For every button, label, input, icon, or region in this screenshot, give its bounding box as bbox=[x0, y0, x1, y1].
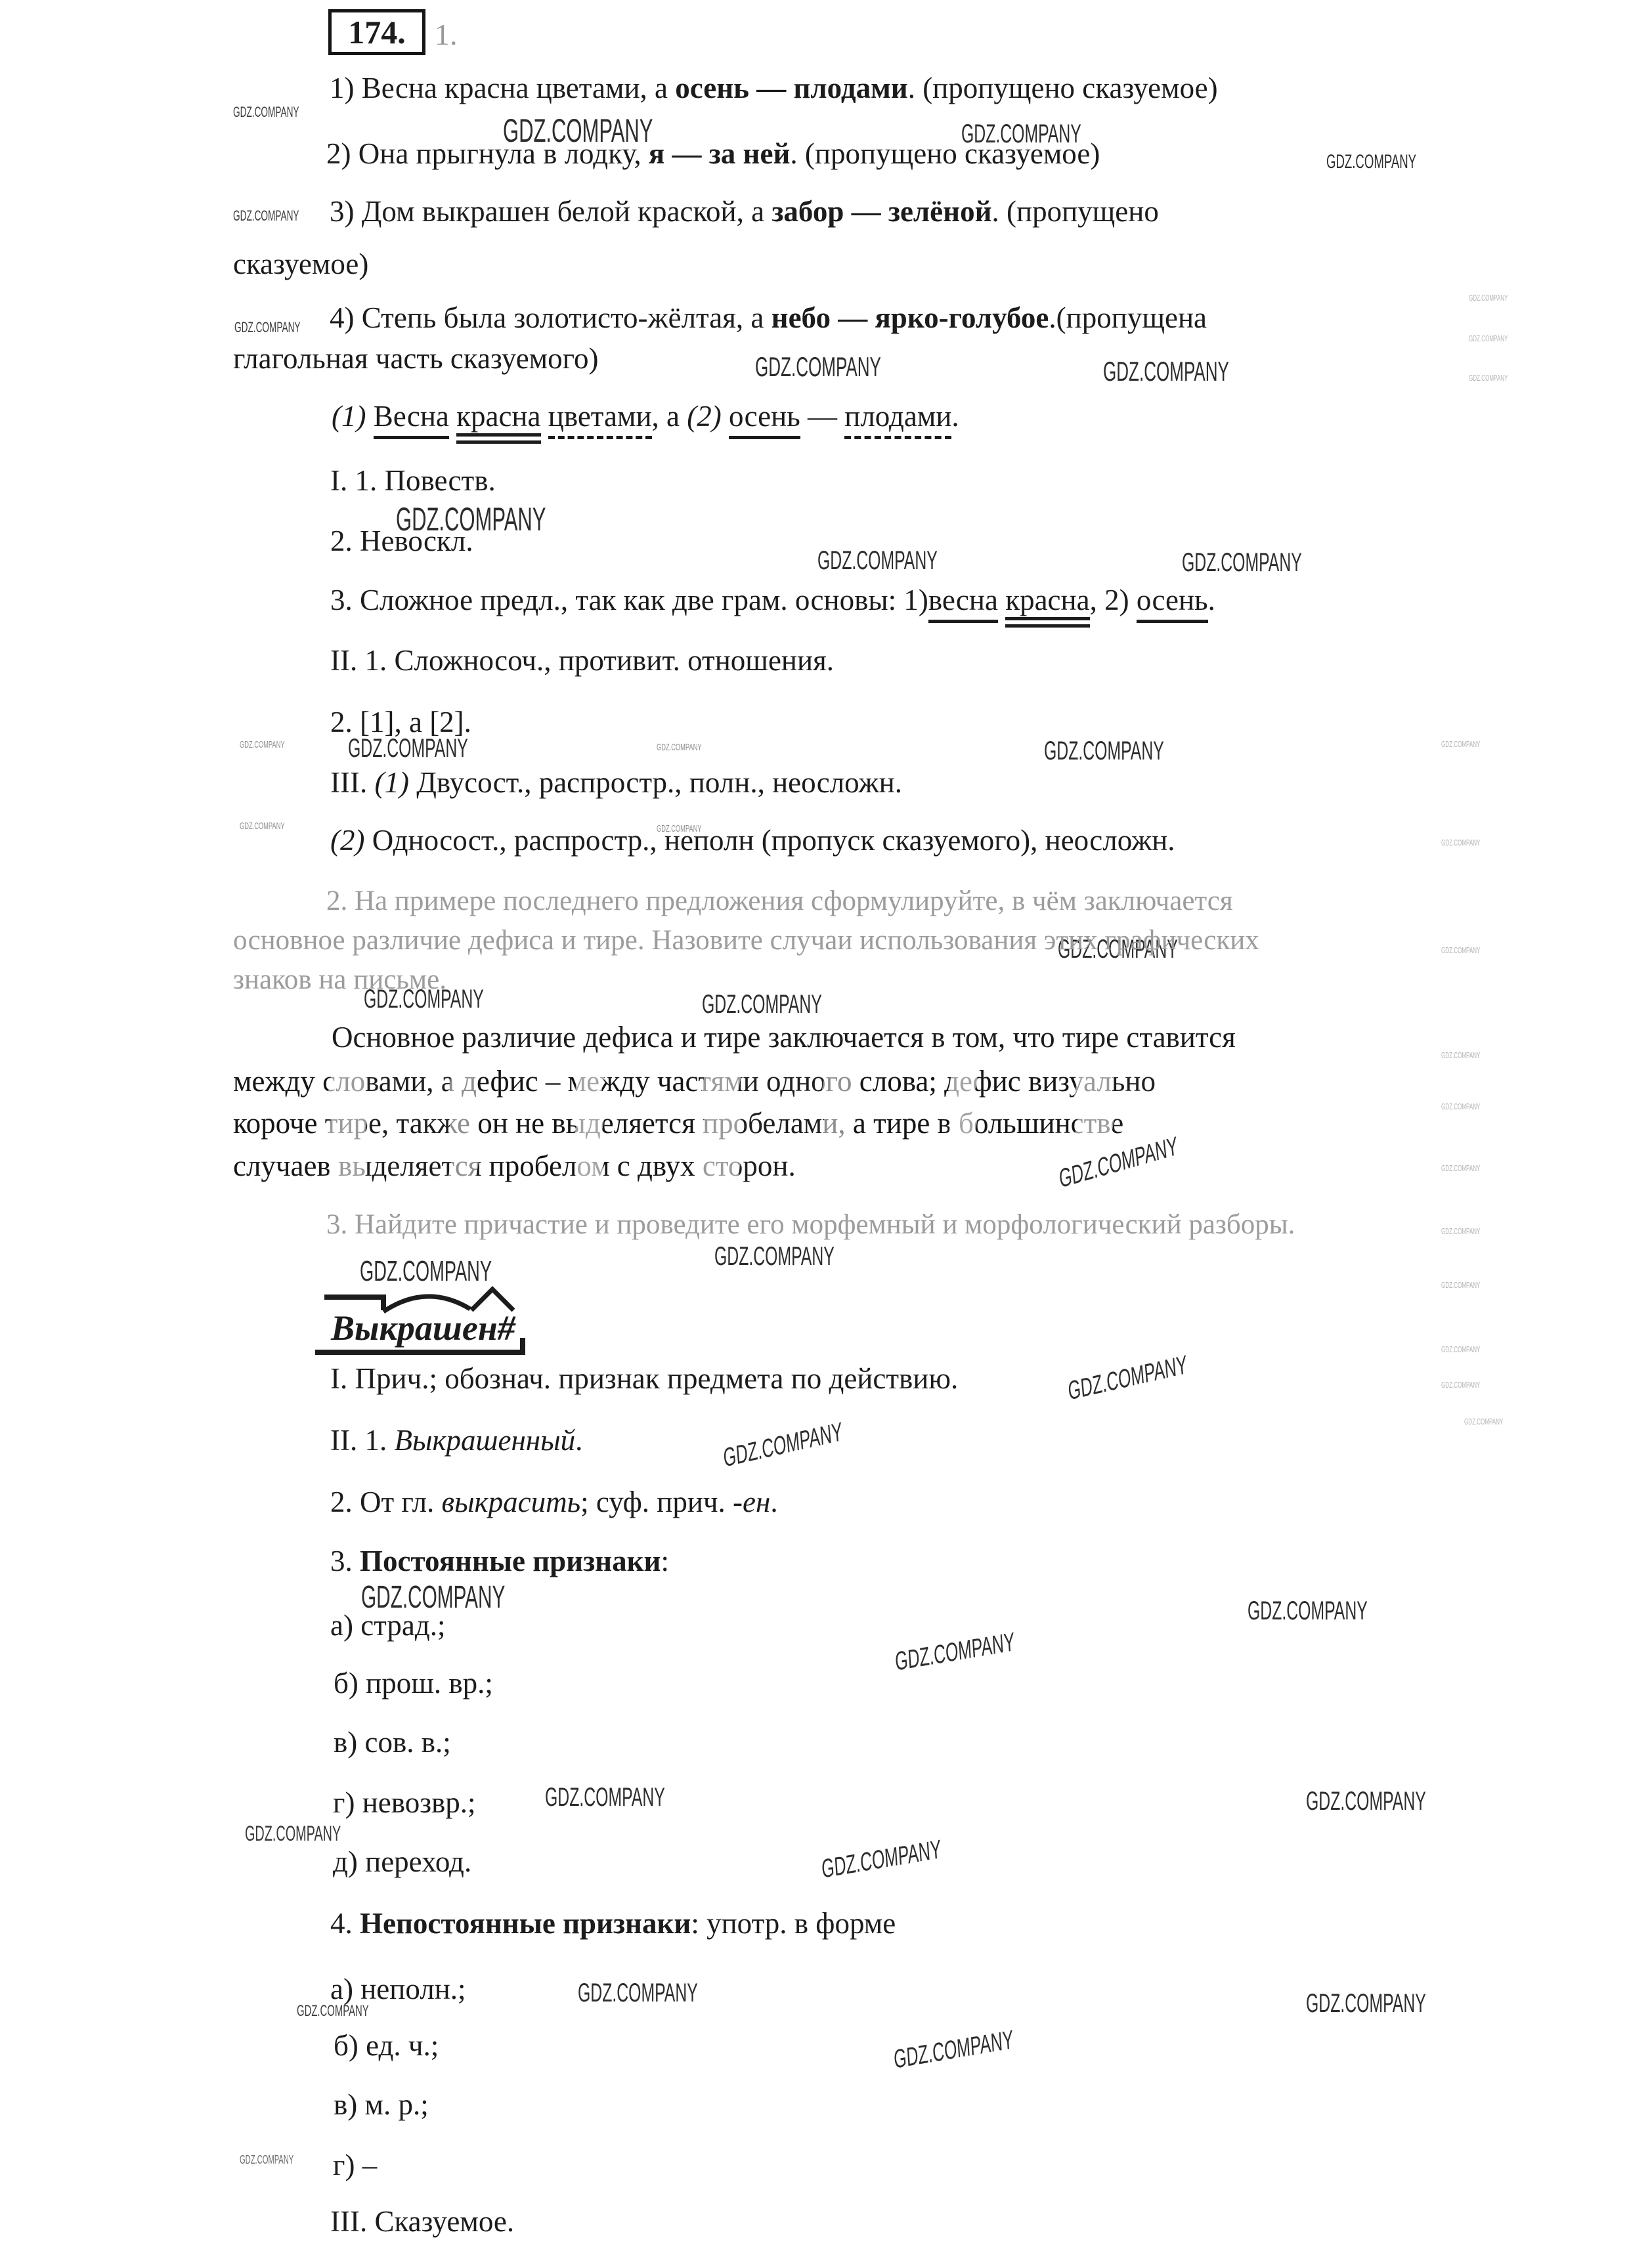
watermark: GDZ.COMPANY bbox=[1326, 151, 1416, 173]
object-underline: цветами bbox=[548, 400, 652, 439]
var-feature-g: г) – bbox=[333, 2148, 377, 2183]
watermark: GDZ.COMPANY bbox=[233, 207, 299, 225]
watermark: GDZ.COMPANY bbox=[894, 1627, 1016, 1677]
watermark: GDZ.COMPANY bbox=[702, 990, 822, 1019]
morph-I: I. Прич.; обознач. признак предмета по д… bbox=[330, 1361, 958, 1396]
watermark: GDZ.COMPANY bbox=[1182, 548, 1302, 578]
watermark: GDZ.COMPANY bbox=[1441, 1280, 1480, 1290]
watermark: GDZ.COMPANY bbox=[234, 319, 301, 336]
watermark: GDZ.COMPANY bbox=[817, 546, 938, 576]
watermark: GDZ.COMPANY bbox=[1441, 1050, 1480, 1060]
sentence-2: 2) Она прыгнула в лодку, я — за ней. (пр… bbox=[326, 137, 1100, 171]
watermark: GDZ.COMPANY bbox=[1469, 293, 1508, 303]
const-feature-d: д) переход. bbox=[333, 1845, 471, 1879]
sentence-1: 1) Весна красна цветами, а осень — плода… bbox=[330, 71, 1218, 106]
parsed-sentence: (1) Весна красна цветами, а (2) осень — … bbox=[332, 399, 959, 434]
task-3-line: 3. Найдите причастие и проведите его мор… bbox=[326, 1209, 1295, 1242]
var-feature-v: в) м. р.; bbox=[334, 2087, 429, 2122]
analysis-I-1: I. 1. Повеств. bbox=[330, 463, 496, 498]
watermark: GDZ.COMPANY bbox=[821, 1835, 942, 1885]
answer-2-line-2: между словами, а дефис – между частями о… bbox=[233, 1064, 1156, 1099]
watermark: GDZ.COMPANY bbox=[1103, 356, 1229, 387]
watermark: GDZ.COMPANY bbox=[755, 351, 881, 383]
watermark: GDZ.COMPANY bbox=[1464, 1417, 1503, 1426]
morpheme-parsed-word: Выкрашен# bbox=[314, 1281, 545, 1361]
predicate-underline: красна bbox=[456, 400, 540, 444]
watermark: GDZ.COMPANY bbox=[1441, 1102, 1480, 1111]
parsed-word: Выкрашен# bbox=[331, 1308, 515, 1348]
var-feature-b: б) ед. ч.; bbox=[334, 2028, 439, 2063]
task-2-line-1: 2. На примере последнего предложения сфо… bbox=[326, 885, 1233, 918]
zero-ending-mark: # bbox=[498, 1308, 515, 1348]
watermark: GDZ.COMPANY bbox=[1441, 1344, 1480, 1354]
analysis-III-2: (2) Односост., распростр., неполн (пропу… bbox=[330, 823, 1175, 858]
part-number: 1. bbox=[435, 17, 458, 52]
exercise-number: 174. bbox=[348, 13, 406, 51]
morph-4-heading: 4. Непостоянные признаки: употр. в форме bbox=[330, 1906, 896, 1941]
analysis-III-1: III. (1) Двусост., распростр., полн., не… bbox=[330, 765, 902, 800]
sentence-4-continuation: глагольная часть сказуемого) bbox=[233, 341, 598, 376]
answer-2-line-3: короче тире, также он не выделяется проб… bbox=[233, 1106, 1123, 1141]
clause-2-marker: (2) bbox=[687, 400, 729, 433]
var-feature-a: а) неполн.; bbox=[330, 1972, 466, 2007]
morph-3-heading: 3. Постоянные признаки: bbox=[330, 1544, 669, 1579]
sentence-1-bold: осень — плодами bbox=[675, 72, 907, 104]
morph-III: III. Сказуемое. bbox=[330, 2204, 514, 2239]
watermark: GDZ.COMPANY bbox=[1441, 739, 1480, 749]
word-stem: Выкрашен bbox=[331, 1308, 498, 1348]
analysis-I-3: 3. Сложное предл., так как две грам. осн… bbox=[330, 583, 1215, 618]
watermark: GDZ.COMPANY bbox=[578, 1979, 698, 2008]
watermark: GDZ.COMPANY bbox=[1441, 838, 1480, 847]
watermark: GDZ.COMPANY bbox=[1469, 373, 1508, 383]
watermark: GDZ.COMPANY bbox=[1441, 1380, 1480, 1390]
watermark: GDZ.COMPANY bbox=[245, 1822, 341, 1846]
watermark: GDZ.COMPANY bbox=[1248, 1596, 1368, 1626]
watermark: GDZ.COMPANY bbox=[240, 739, 285, 750]
exercise-number-box: 174. bbox=[328, 9, 425, 55]
watermark: GDZ.COMPANY bbox=[1306, 1989, 1426, 2019]
watermark: GDZ.COMPANY bbox=[1469, 333, 1508, 343]
analysis-II-1: II. 1. Сложносоч., противит. отношения. bbox=[330, 643, 834, 678]
watermark: GDZ.COMPANY bbox=[545, 1783, 665, 1812]
morph-II-2: 2. От гл. выкрасить; суф. прич. -ен. bbox=[330, 1485, 778, 1520]
sentence-3-continuation: сказуемое) bbox=[233, 247, 368, 282]
sentence-1-text: 1) Весна красна цветами, а bbox=[330, 72, 675, 104]
watermark: GDZ.COMPANY bbox=[1044, 737, 1164, 766]
clause-1-marker: (1) bbox=[332, 400, 374, 433]
watermark: GDZ.COMPANY bbox=[1441, 945, 1480, 955]
answer-2-line-1: Основное различие дефиса и тире заключае… bbox=[332, 1020, 1236, 1055]
const-feature-a: а) страд.; bbox=[330, 1608, 446, 1643]
watermark: GDZ.COMPANY bbox=[722, 1417, 844, 1474]
watermark: GDZ.COMPANY bbox=[1441, 1226, 1480, 1236]
watermark: GDZ.COMPANY bbox=[657, 742, 702, 753]
watermark: GDZ.COMPANY bbox=[240, 821, 285, 832]
subject-underline: Весна bbox=[374, 400, 449, 439]
analysis-I-2: 2. Невоскл. bbox=[330, 524, 473, 559]
watermark: GDZ.COMPANY bbox=[714, 1242, 835, 1272]
task-2-line-3: знаков на письме. bbox=[233, 964, 446, 997]
watermark: GDZ.COMPANY bbox=[1058, 1132, 1179, 1195]
task-2-line-2: основное различие дефиса и тире. Назовит… bbox=[233, 924, 1259, 958]
watermark: GDZ.COMPANY bbox=[1441, 1163, 1480, 1173]
watermark: GDZ.COMPANY bbox=[240, 2153, 293, 2167]
sentence-4: 4) Степь была золотисто-жёлтая, а небо —… bbox=[330, 301, 1207, 335]
watermark: GDZ.COMPANY bbox=[233, 104, 299, 121]
const-feature-v: в) сов. в.; bbox=[334, 1725, 451, 1760]
watermark: GDZ.COMPANY bbox=[1067, 1350, 1188, 1407]
watermark: GDZ.COMPANY bbox=[893, 2025, 1014, 2075]
const-feature-g: г) невозвр.; bbox=[333, 1786, 475, 1820]
sentence-1-note: . (пропущено сказуемое) bbox=[908, 72, 1218, 104]
analysis-II-2: 2. [1], а [2]. bbox=[330, 705, 471, 740]
answer-2-line-4: случаев выделяется пробелом с двух сторо… bbox=[233, 1149, 796, 1184]
const-feature-b: б) прош. вр.; bbox=[334, 1666, 493, 1701]
document-page: 174. 1. GDZ.COMPANYGDZ.COMPANYGDZ.COMPAN… bbox=[0, 0, 1629, 2268]
sentence-3: 3) Дом выкрашен белой краской, а забор —… bbox=[330, 194, 1159, 229]
watermark: GDZ.COMPANY bbox=[1306, 1787, 1426, 1816]
morph-II-1: II. 1. Выкрашенный. bbox=[330, 1423, 582, 1458]
